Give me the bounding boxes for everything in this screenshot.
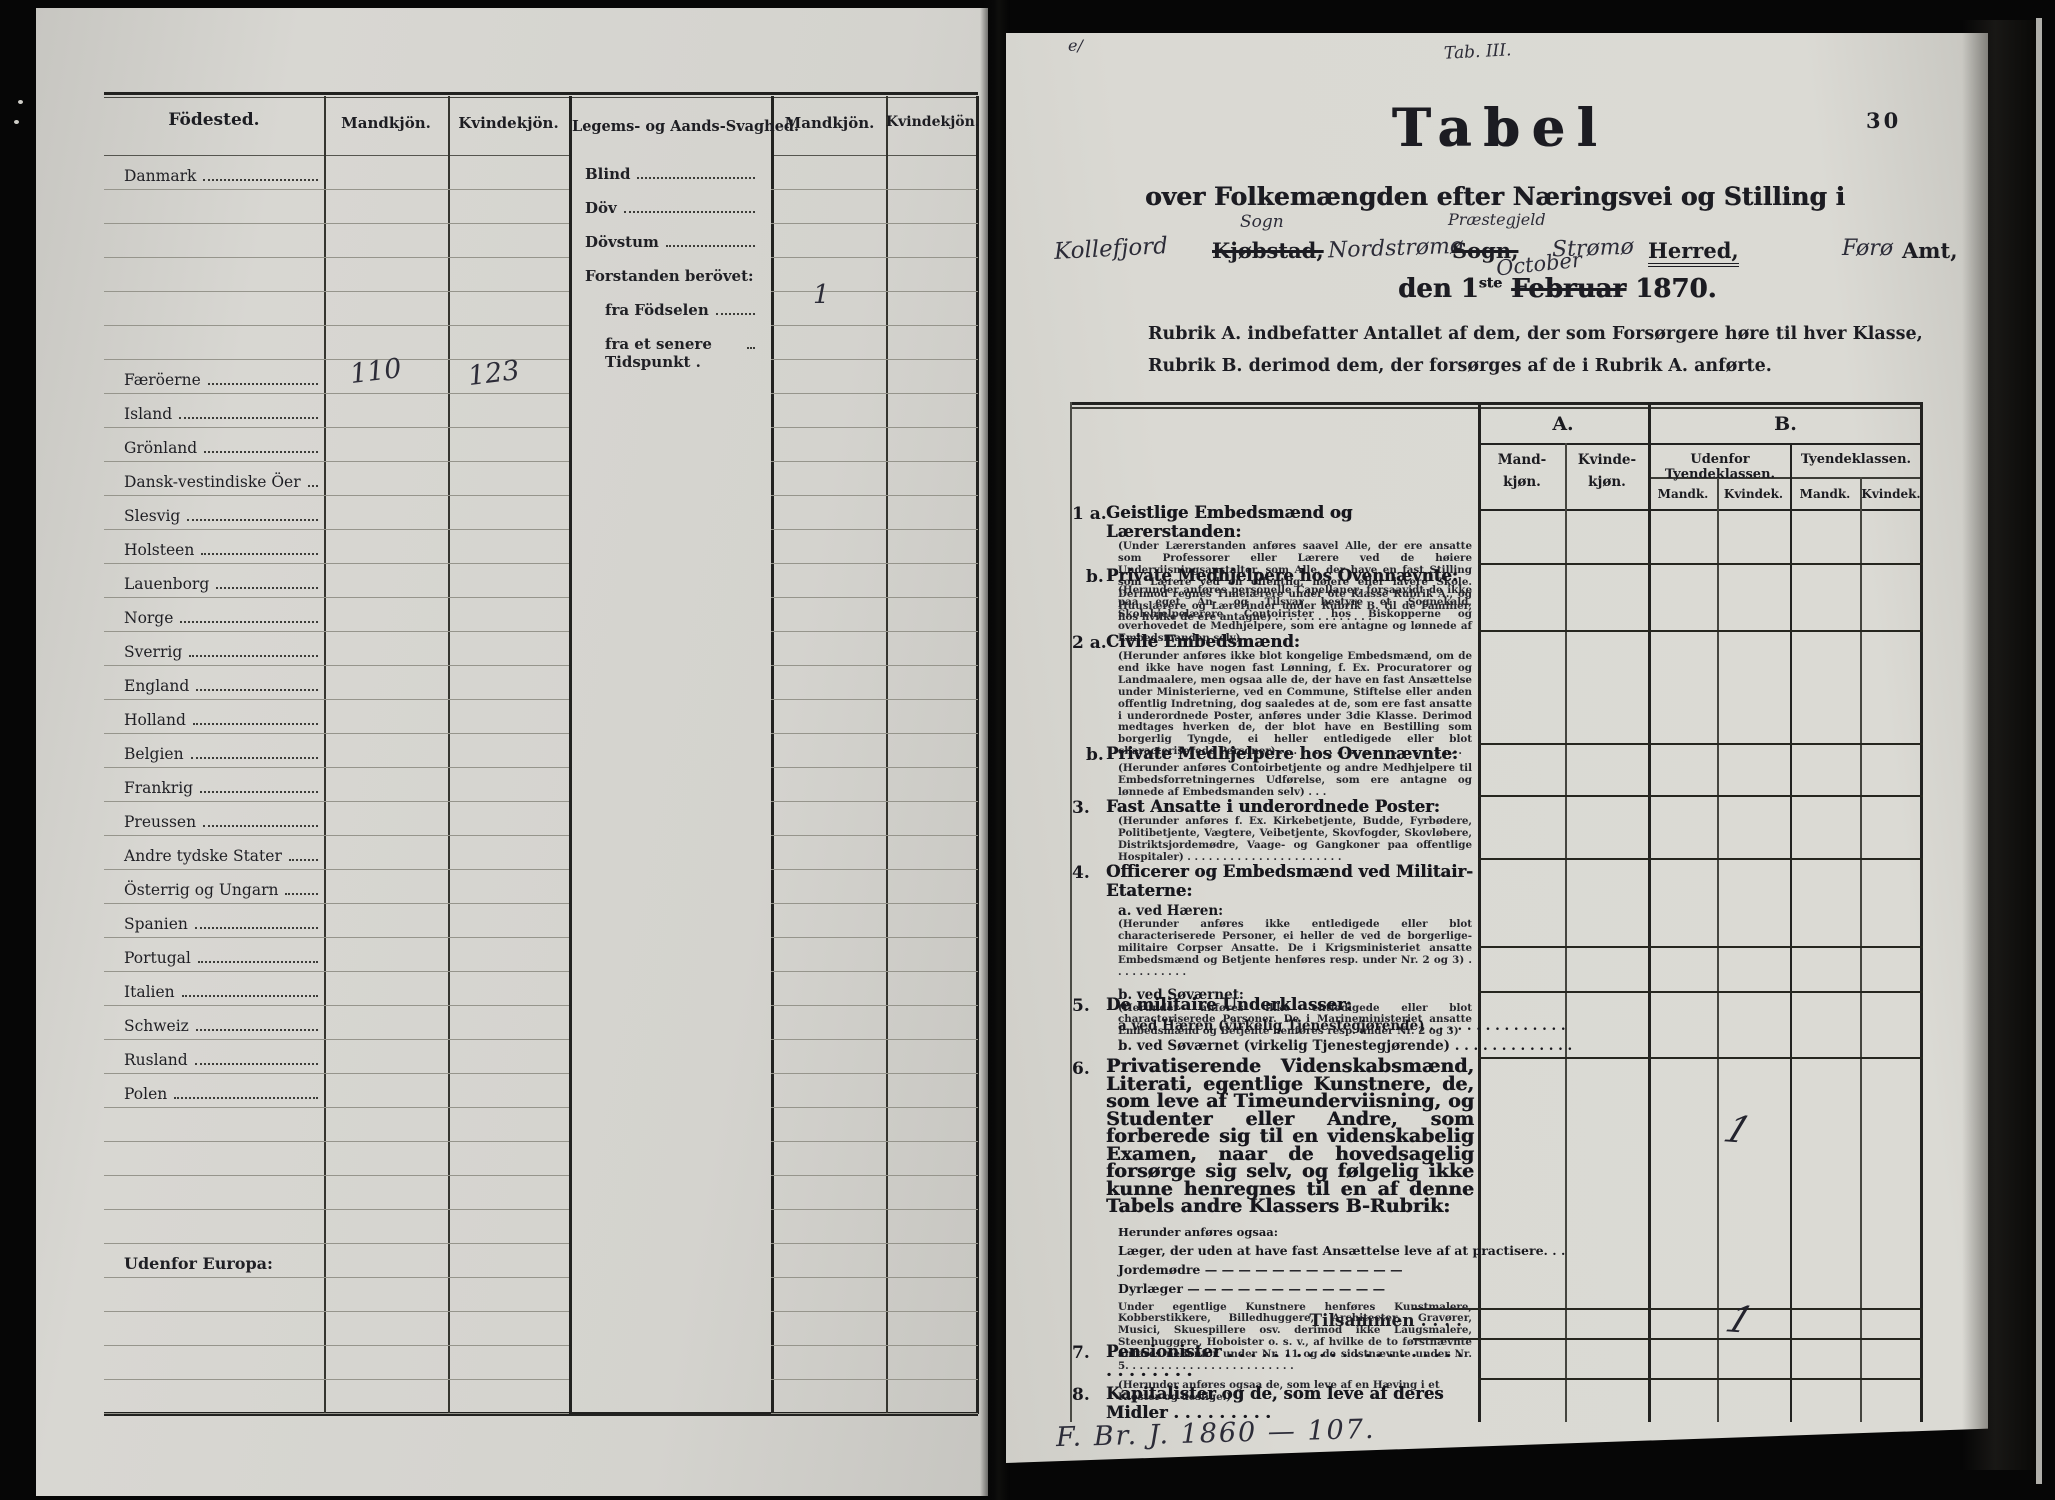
handwritten-place-nordstromo: Nordstrømø: [1328, 234, 1464, 264]
row-rule: [1478, 858, 1923, 860]
table-row: Andre tydske Stater: [104, 836, 978, 870]
group-header-b: B.: [1648, 413, 1923, 435]
right-table-vline: [1478, 402, 1481, 1422]
table-row-blank: [104, 224, 978, 258]
left-table-top-rule-2: [104, 97, 978, 98]
sub-header-male: Mandk.: [1650, 487, 1716, 501]
table-row-blank: [104, 1312, 978, 1346]
printed-amt: Amt,: [1902, 238, 1958, 263]
page-gutter-shadow: [980, 0, 1010, 1500]
right-table-vline: [1565, 443, 1567, 1422]
disability-row: Döv: [585, 190, 757, 224]
handwritten-corner-note: e/: [1068, 36, 1083, 55]
row-label: Spanien: [124, 915, 188, 933]
row-label: Udenfor Europa:: [124, 1254, 273, 1273]
sub-header-female: Kvindek.: [1718, 487, 1789, 501]
section-note: (Herunder anføres f. Ex. Kirkebetjente, …: [1118, 816, 1472, 864]
table-row: Sverrig: [104, 632, 978, 666]
column-header-disability: Legems- og Aands-Svaghed.: [572, 118, 771, 135]
row-label: fra et senere Tidspunkt .: [605, 335, 740, 371]
right-table-top-rule-2: [1070, 407, 1923, 409]
section-subnote: Herunder anføres ogsaa:: [1118, 1225, 1474, 1239]
right-table-vline: [1790, 443, 1792, 1422]
col-a-female-line1: Kvinde-: [1578, 452, 1636, 468]
section-2a: 2 a. Civile Embedsmænd: (Herunder anføre…: [1072, 632, 1474, 758]
col-header-a-female: Kvinde- kjøn.: [1566, 450, 1648, 493]
tilsammen-label: Tilsammen . . . .: [1280, 1311, 1462, 1331]
table-row: Portugal: [104, 938, 978, 972]
section-heading: Private Medhjelpere hos Ovennævnte:: [1106, 744, 1474, 763]
section-number: 2 a.: [1072, 633, 1107, 653]
column-header-birthplace: Födested.: [104, 110, 324, 130]
table-row-blank: [104, 292, 978, 326]
date-prefix: den 1: [1398, 274, 1479, 304]
row-label: Grönland: [124, 439, 197, 457]
table-row: Frankrig: [104, 768, 978, 802]
handwritten-count-fra-foedselen: 1: [813, 280, 830, 310]
section-item: b. ved Søværnet (virkelig Tjenestegjøren…: [1118, 1038, 1474, 1054]
col-a-male-line2: kjøn.: [1503, 474, 1541, 490]
row-rule: [1478, 743, 1923, 745]
row-rule: [1478, 630, 1923, 632]
section-heading: Civile Embedsmænd:: [1106, 632, 1474, 651]
table-row: Færöerne110123: [104, 360, 978, 394]
handwritten-male-count: 110: [348, 353, 403, 390]
table-row: England: [104, 666, 978, 700]
table-row: Holsteen: [104, 530, 978, 564]
tilsammen-rule-bottom: [1413, 1338, 1923, 1340]
section-2b: b. Private Medhjelpere hos Ovennævnte: (…: [1072, 744, 1474, 799]
disability-row: fra et senere Tidspunkt .: [605, 326, 757, 360]
row-rule: [1478, 795, 1923, 797]
row-label: Sverrig: [124, 643, 182, 661]
section-heading: Privatiserende Videnskabsmænd, Literati,…: [1106, 1058, 1474, 1216]
section-heading: Private Medhjelpere hos Ovennævnte:: [1106, 566, 1474, 585]
left-page: Födested. Mandkjön. Kvindekjön. Legems- …: [36, 8, 988, 1496]
section-5: 5. De militaire Underklasser: a ved Hære…: [1072, 995, 1474, 1054]
section-3: 3. Fast Ansatte i underordnede Poster: (…: [1072, 797, 1474, 864]
page-edge-shadow: [1962, 20, 2036, 1470]
subsection-heading: a. ved Hæren:: [1118, 903, 1474, 919]
section-number: 4.: [1072, 863, 1090, 883]
handwritten-prastegjeld-correction: Præstegjeld: [1448, 210, 1546, 229]
page-subtitle: over Folkemængden efter Næringsvei og St…: [1055, 182, 1935, 211]
rubrik-a-explanation: Rubrik A. indbefatter Antallet af dem, d…: [1148, 324, 1923, 344]
section-item: a ved Hæren (virkelig Tjenestegjørende) …: [1118, 1018, 1474, 1034]
row-label: Frankrig: [124, 779, 193, 797]
table-row: Lauenborg: [104, 564, 978, 598]
table-row-blank: [104, 1176, 978, 1210]
tilsammen-rule-top: [1413, 1308, 1923, 1310]
right-header-bottom-rule: [1478, 509, 1923, 511]
row-label: fra Födselen: [605, 301, 709, 319]
disability-items: BlindDövDövstumForstanden berövet:fra Fö…: [569, 156, 771, 396]
table-row-blank: [104, 1108, 978, 1142]
table-row-blank: [104, 1346, 978, 1380]
census-date-line: den 1ste Februar 1870.: [1398, 274, 1717, 304]
section-item: Dyrlæger — — — — — — — — — — — —: [1118, 1281, 1474, 1296]
section-heading: Fast Ansatte i underordnede Poster:: [1106, 797, 1474, 816]
scan-speck: [18, 100, 23, 104]
row-label: Lauenborg: [124, 575, 209, 593]
right-header-rule: [1478, 443, 1923, 445]
date-year: 1870.: [1635, 274, 1716, 304]
table-row: Norge: [104, 598, 978, 632]
row-label: Norge: [124, 609, 173, 627]
row-label: Andre tydske Stater: [124, 847, 282, 865]
section-number: 8.: [1072, 1385, 1090, 1405]
group-header-servants: Tyendeklassen.: [1791, 452, 1921, 467]
section-heading: Pensionister . . . . . . . . . . . . . .…: [1106, 1342, 1474, 1380]
sub-header-female: Kvindek.: [1861, 487, 1921, 501]
section-number: 1 a.: [1072, 504, 1107, 524]
row-label: Færöerne: [124, 371, 201, 389]
left-table-top-rule: [104, 92, 978, 95]
col-a-male-line1: Mand-: [1498, 452, 1547, 468]
right-table-vline: [1648, 402, 1651, 1422]
row-label: Rusland: [124, 1051, 188, 1069]
col-header-a-male: Mand- kjøn.: [1480, 450, 1564, 493]
table-row: Italien: [104, 972, 978, 1006]
table-row: Holland: [104, 700, 978, 734]
right-table-vline: [1920, 402, 1923, 1422]
right-table-vline: [1717, 477, 1719, 1422]
section-note: (Herunder anføres ikke blot kongelige Em…: [1118, 651, 1472, 758]
table-row: Udenfor Europa:: [104, 1244, 978, 1278]
rubrik-b-explanation: Rubrik B. derimod dem, der forsørges af …: [1148, 356, 1772, 376]
group-header-a: A.: [1478, 413, 1648, 435]
page-number: 30: [1866, 108, 1901, 133]
section-heading: De militaire Underklasser:: [1106, 995, 1474, 1014]
table-row: Rusland: [104, 1040, 978, 1074]
row-label: Preussen: [124, 813, 196, 831]
disability-row: fra Födselen: [605, 292, 757, 326]
row-label: Holland: [124, 711, 186, 729]
column-header-female: Kvindekjön.: [448, 114, 569, 132]
row-label: Österrig og Ungarn: [124, 881, 278, 899]
row-label: Schweiz: [124, 1017, 189, 1035]
table-row: Dansk-vestindiske Öer: [104, 462, 978, 496]
table-row: Danmark: [104, 156, 978, 190]
row-label: Slesvig: [124, 507, 180, 525]
col-a-female-line2: kjøn.: [1588, 474, 1626, 490]
section-note: (Herunder anføres Contoirbetjente og and…: [1118, 763, 1472, 799]
column-header-male: Mandkjön.: [324, 114, 448, 132]
handwritten-place-foro: Førø: [1842, 236, 1893, 261]
table-row-blank: [104, 326, 978, 360]
sub-header-male: Mandk.: [1791, 487, 1859, 501]
table-row: Grönland: [104, 428, 978, 462]
right-table-top-rule: [1070, 402, 1923, 405]
date-month-struck: Februar: [1511, 274, 1626, 304]
section-number: b.: [1086, 567, 1104, 587]
left-table-rows: DanmarkFæröerne110123IslandGrönlandDansk…: [104, 156, 978, 1414]
table-row: Belgien: [104, 734, 978, 768]
row-label: Portugal: [124, 949, 191, 967]
disability-row: Dövstum: [585, 224, 757, 258]
handwritten-tab-number: Tab. III.: [1444, 40, 1512, 64]
row-label: Forstanden berövet:: [585, 267, 754, 285]
section-number: 3.: [1072, 798, 1090, 818]
section-item: Læger, der uden at have fast Ansættelse …: [1118, 1243, 1474, 1258]
row-label: Döv: [585, 199, 617, 217]
table-row: Slesvig: [104, 496, 978, 530]
row-rule: [1478, 563, 1923, 565]
table-row-blank: [104, 1210, 978, 1244]
row-label: Danmark: [124, 167, 196, 185]
table-row: Schweiz: [104, 1006, 978, 1040]
section-number: 5.: [1072, 996, 1090, 1016]
section-number: 6.: [1072, 1059, 1090, 1079]
row-rule: [1478, 1057, 1923, 1059]
row-label: Polen: [124, 1085, 167, 1103]
handwritten-female-count: 123: [466, 355, 521, 392]
table-row-blank: [104, 1142, 978, 1176]
table-row: Spanien: [104, 904, 978, 938]
table-row: Polen: [104, 1074, 978, 1108]
row-rule: [1478, 991, 1923, 993]
section-number: 7.: [1072, 1343, 1090, 1363]
next-page-sliver: [2036, 18, 2042, 1484]
section-heading: Geistlige Embedsmænd og Lærerstanden:: [1106, 503, 1474, 541]
column-header-male-2: Mandkjön.: [773, 114, 886, 132]
scan-speck: [14, 120, 19, 124]
section-heading: Officerer og Embedsmænd ved Militair-Eta…: [1106, 862, 1474, 900]
row-rule: [1478, 946, 1923, 948]
printed-herred: Herred,: [1648, 238, 1739, 267]
table-row: Island: [104, 394, 978, 428]
table-row: Österrig og Ungarn: [104, 870, 978, 904]
group-header-outside-servants: Udenfor Tyendeklassen.: [1650, 452, 1790, 482]
right-table-vline: [1860, 477, 1862, 1422]
row-label: Island: [124, 405, 172, 423]
section-item: Jordemødre — — — — — — — — — — — —: [1118, 1262, 1474, 1277]
table-row-blank: [104, 1380, 978, 1414]
row-label: Blind: [585, 165, 630, 183]
table-row-blank: [104, 258, 978, 292]
disability-row: Forstanden berövet:: [585, 258, 757, 292]
row-label: Holsteen: [124, 541, 194, 559]
row-label: Dövstum: [585, 233, 659, 251]
row-label: Dansk-vestindiske Öer: [124, 473, 301, 491]
row-label: Belgien: [124, 745, 184, 763]
row-label: Italien: [124, 983, 175, 1001]
row-label: England: [124, 677, 189, 695]
section-number: b.: [1086, 745, 1104, 765]
handwritten-sogn-correction: Sogn: [1240, 212, 1284, 232]
section-note: (Herunder anføres ikke entledigede eller…: [1118, 919, 1472, 979]
table-row-blank: [104, 190, 978, 224]
table-row: Preussen: [104, 802, 978, 836]
row-rule: [1478, 1378, 1923, 1380]
census-document-scan: Födested. Mandkjön. Kvindekjön. Legems- …: [0, 0, 2055, 1500]
printed-kjobstad-struck: Kjøbstad,: [1212, 238, 1324, 263]
table-row-blank: [104, 1278, 978, 1312]
disability-row: Blind: [585, 156, 757, 190]
column-header-female-2: Kvindekjön.: [886, 114, 976, 130]
page-title: Tabel: [1240, 98, 1760, 159]
